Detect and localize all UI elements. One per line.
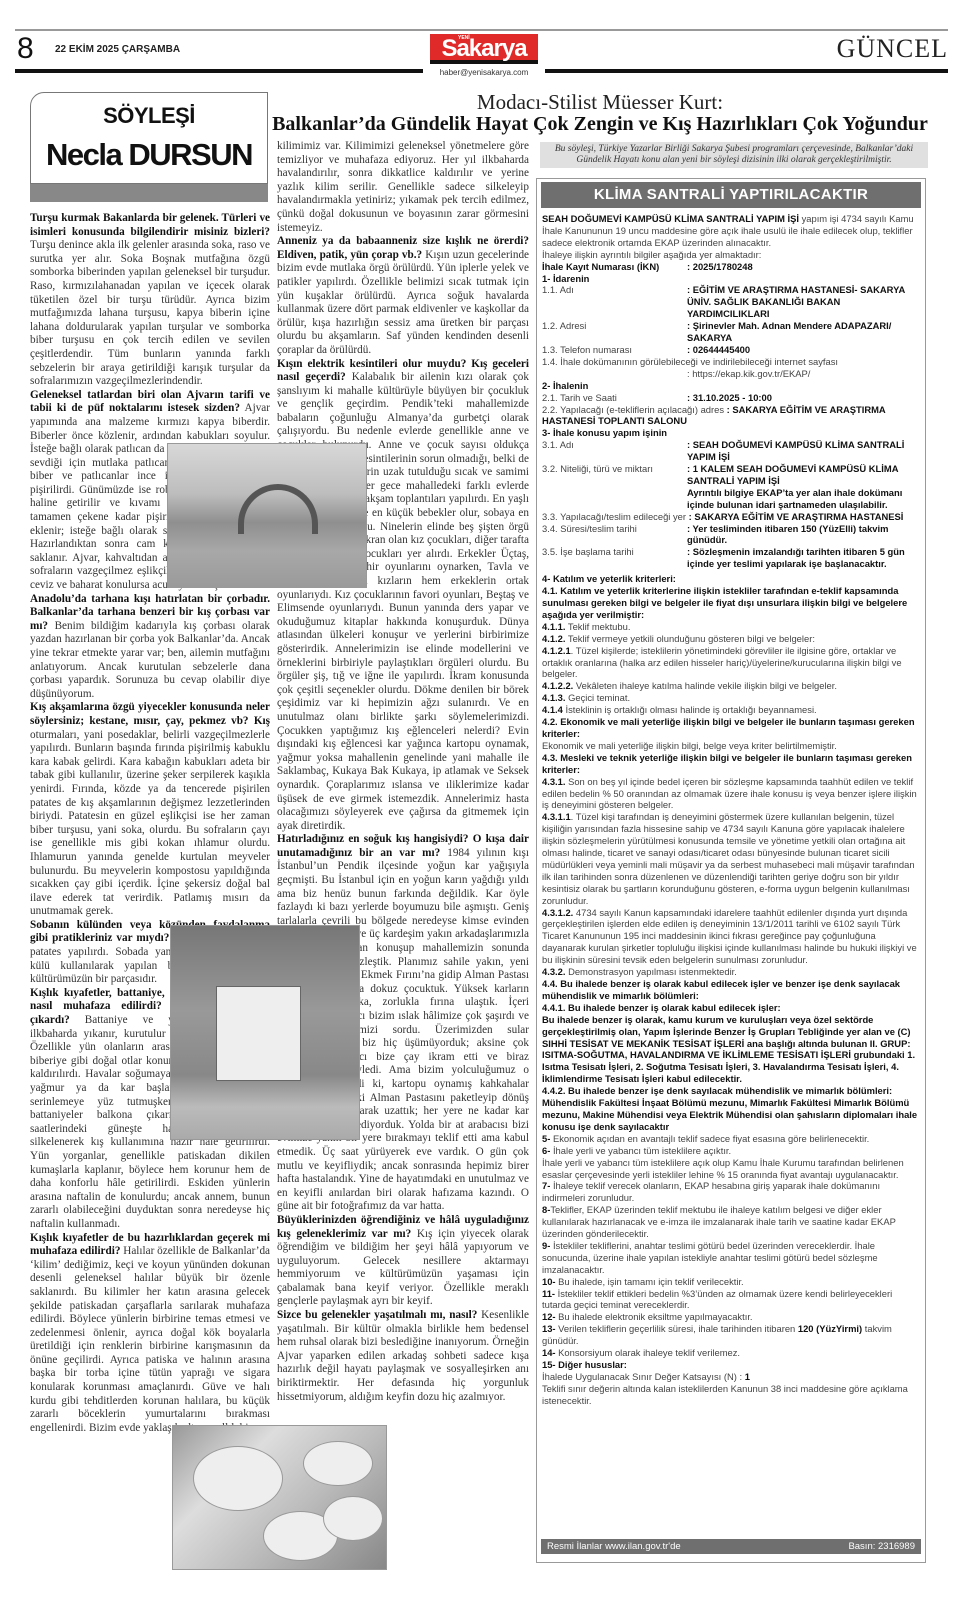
plate-shape	[323, 1496, 383, 1541]
criteria-item: İsteklinin iş ortaklığı olması halinde i…	[563, 704, 817, 715]
mostar-bridge-photo	[167, 443, 367, 588]
section-heading: 15- Diğer hususlar:	[542, 1359, 627, 1370]
section-heading: 4.4. Bu ihalede benzer iş olarak kabul e…	[542, 978, 900, 1001]
column-kind: SÖYLEŞİ	[31, 103, 267, 129]
field-label: 1.4. İhale dokümanının görülebileceği ve…	[542, 356, 920, 368]
criteria-item: Geçici teminat.	[565, 692, 630, 703]
criteria-item: . Tüzel kişilerde; isteklilerin yönetimi…	[542, 645, 902, 680]
clause: Teklifler, EKAP üzerinden teklif mektubu…	[542, 1204, 896, 1239]
food-table-photo	[172, 1425, 387, 1570]
plate-shape	[193, 1446, 283, 1511]
criteria-item: Son on beş yıl içinde bedel içeren bir s…	[542, 776, 917, 811]
criteria-item: Demonstrasyon yapılması istenmektedir.	[565, 966, 736, 977]
article-column-middle: kilimimiz var. Kilimimizi geleneksel yön…	[277, 140, 529, 1404]
bridge-arch-shape	[238, 484, 318, 534]
section-heading: 1- İdarenin	[542, 273, 589, 284]
notice-body: SEAH DOĞUMEVİ KAMPÜSÜ KLİMA SANTRALİ YAP…	[542, 213, 920, 1407]
section-heading: 4.4.2. Bu ihalede benzer işe denk sayıla…	[542, 1085, 892, 1096]
field-value: : Yer tesliminden itibaren 150 (YüzElli)…	[687, 523, 920, 547]
field-value: : 31.10.2025 - 10:00	[687, 392, 920, 404]
notice-text: İhaleye ilişkin ayrıntılı bilgiler aşağı…	[542, 249, 920, 261]
newspaper-logo: YENİ Sakarya	[430, 34, 538, 64]
field-label: 1.2. Adresi	[542, 320, 687, 344]
clause: Bu ihalede, işin tamamı için teklif veri…	[556, 1276, 744, 1287]
question: Sizce bu gelenekler yaşatılmalı mı, nası…	[277, 1309, 477, 1321]
masthead-rule-left	[15, 69, 423, 73]
criteria-item: Vekâleten ihaleye katılma halinde vekile…	[573, 680, 837, 691]
answer: Turşu denince akla ilk gelenler arasında…	[30, 239, 270, 387]
field-value: 1	[745, 1371, 750, 1382]
field-value: : SAKARYA EĞİTİM VE ARAŞTIRMA HASTANESİ	[686, 511, 903, 522]
field-value: : 02644445400	[687, 344, 920, 356]
field-label: 3.2. Niteliği, türü ve miktarı	[542, 463, 687, 487]
section-heading: 4.3. Mesleki ve teknik yeterliğe ilişkin…	[542, 752, 912, 775]
field-value: : Şirinevler Mah. Adnan Mendere ADAPAZAR…	[687, 320, 920, 344]
field-value: : Sözleşmenin imzalandığı tarihten itiba…	[687, 546, 920, 570]
answer: Kalabalık bir ailenin kızı olarak çok şa…	[277, 371, 529, 832]
section-heading: 4.4.1. Bu ihalede benzer iş olarak kabul…	[542, 1002, 781, 1013]
criteria-item: Bu ihalede benzer iş olarak, kamu kurum …	[542, 1014, 915, 1085]
field-note: Ayrıntılı bilgiye EKAP’ta yer alan ihale…	[687, 487, 902, 510]
byline-box: SÖYLEŞİ Necla DURSUN	[30, 92, 268, 184]
criteria-item: Teklif mektubu.	[568, 621, 631, 632]
validity-days: 120 (YüzYirmi)	[798, 1323, 862, 1334]
field-label: 1.1. Adı	[542, 284, 687, 320]
byline-bar	[30, 184, 268, 202]
plate-shape	[303, 1441, 373, 1486]
question: Geleneksel tatlardan biri olan Ajvarın t…	[30, 389, 270, 415]
section-heading: 4- Katılım ve yeterlik kriterleri:	[542, 573, 676, 584]
footer-press-id: Basın: 2316989	[848, 1539, 915, 1554]
footer-source: Resmi İlanlar www.ilan.gov.tr'de	[547, 1539, 681, 1554]
field-value: : SEAH DOĞUMEVİ KAMPÜSÜ KLİMA SANTRALİ Y…	[687, 439, 920, 463]
logo-name: Sakarya	[434, 34, 534, 64]
field-label: 3.1. Adı	[542, 439, 687, 463]
clause: İstekliler tekliflerini, anahtar teslimi…	[542, 1240, 878, 1275]
section-heading: 4.2. Ekonomik ve mali yeterliğe ilişkin …	[542, 716, 915, 739]
page-number: 8	[17, 32, 34, 66]
article-column-left: Turşu kurmak Bakanlarda bir gelenek. Tür…	[30, 212, 270, 1435]
field-label: 3.5. İşe başlama tarihi	[542, 546, 687, 570]
field-value: : 2025/1780248	[687, 261, 920, 273]
answer: Halılar özellikle de Balkanlar’da ‘kilim…	[30, 1245, 270, 1434]
field-value: : EĞİTİM VE ARAŞTIRMA HASTANESİ- SAKARYA…	[687, 284, 920, 320]
notice-subject: SEAH DOĞUMEVİ KAMPÜSÜ KLİMA SANTRALİ YAP…	[542, 213, 799, 224]
answer: Kışın uzun gecelerinde bizim evde mutlak…	[277, 249, 529, 356]
field-label: 2.1. Tarih ve Saati	[542, 392, 687, 404]
blagaj-tekke-photo	[170, 925, 360, 1140]
contact-email: haber@yenisakarya.com	[430, 68, 538, 77]
house-shape	[216, 986, 301, 1081]
clause: İstekliler teklif ettikleri bedelin %3’ü…	[542, 1288, 892, 1311]
field-value: : 1 KALEM SEAH DOĞUMEVİ KAMPÜSÜ KLİMA SA…	[687, 463, 920, 487]
criteria-item: . Tüzel kişi tarafından iş deneyimini gö…	[542, 811, 915, 905]
section-heading: 3- İhale konusu yapım işinin	[542, 427, 667, 438]
ekap-link[interactable]: : https://ekap.kik.gov.tr/EKAP/	[542, 368, 920, 380]
notice-footer: Resmi İlanlar www.ilan.gov.tr'de Basın: …	[541, 1539, 921, 1554]
tender-notice: KLİMA SANTRALİ YAPTIRILACAKTIR SEAH DOĞU…	[536, 178, 926, 1563]
field-label: İhalede Uygulanacak Sınır Değer Katsayıs…	[542, 1371, 745, 1382]
headline-kicker: Modacı-Stilist Müesser Kurt:	[290, 90, 910, 115]
clause: İhaleye teklif verecek olanların, EKAP h…	[542, 1180, 880, 1203]
top-rule	[15, 29, 948, 31]
criteria-item: 4734 sayılı Kanun kapsamındaki idarelere…	[542, 907, 917, 966]
author-name: Necla DURSUN	[31, 137, 267, 173]
issue-date: 22 EKİM 2025 ÇARŞAMBA	[55, 44, 180, 55]
field-label: 3.3. Yapılacağı/teslim edileceği yer	[542, 511, 686, 522]
clause: İhale yerli ve yabancı tüm isteklilere a…	[542, 1157, 920, 1181]
field-label: 1.3. Telefon numarası	[542, 344, 687, 356]
clause: Konsorsiyum olarak ihaleye teklif verile…	[556, 1347, 740, 1358]
masthead-rule-right	[545, 69, 948, 73]
clause: Teklifi sınır değerin altında kalan iste…	[542, 1383, 920, 1407]
criteria-item: Mühendislik Fakültesi İnşaat Bölümü mezu…	[542, 1097, 917, 1132]
article-intro: Bu söyleşi, Türkiye Yazarlar Birliği Sak…	[540, 142, 928, 168]
criteria-item: Teklif vermeye yetkili olunduğunu göster…	[568, 633, 815, 644]
answer: Benim bildiğim kadarıyla kış çorbası ola…	[30, 620, 270, 700]
clause: İhale yerli ve yabancı tüm isteklilere a…	[550, 1145, 731, 1156]
answer: kilimimiz var. Kilimimizi geleneksel yön…	[277, 140, 529, 234]
field-label: İhale Kayıt Numarası (İKN)	[542, 261, 687, 273]
clause: Bu ihalede elektronik eksiltme yapılmaya…	[556, 1311, 753, 1322]
notice-title: KLİMA SANTRALİ YAPTIRILACAKTIR	[541, 182, 921, 208]
answer: Kesenlikle yaşatılmalı. Bir kültür olmak…	[277, 1309, 529, 1403]
section-heading: 2- İhalenin	[542, 380, 588, 391]
clause: Verilen tekliflerin geçerlilik süresi, i…	[556, 1323, 798, 1334]
criteria-item: Ekonomik ve mali yeterliğe ilişkin bilgi…	[542, 740, 920, 752]
section-title: GÜNCEL	[790, 34, 948, 64]
headline-title: Balkanlar’da Gündelik Hayat Çok Zengin v…	[270, 113, 930, 136]
question: Kış akşamlarına özgü yiyecekler konusund…	[30, 701, 270, 727]
field-label: 3.4. Süresi/teslim tarihi	[542, 523, 687, 547]
field-label: 2.2. Yapılacağı (e-tekliflerin açılacağı…	[542, 404, 724, 415]
question: Turşu kurmak Bakanlarda bir gelenek. Tür…	[30, 212, 270, 238]
clause: Ekonomik açıdan en avantajlı teklif sade…	[550, 1133, 869, 1144]
section-heading: 4.1. Katılım ve yeterlik kriterlerine il…	[542, 585, 907, 620]
answer: oturmaları, yani posedaklar, belirli vaz…	[30, 729, 270, 918]
